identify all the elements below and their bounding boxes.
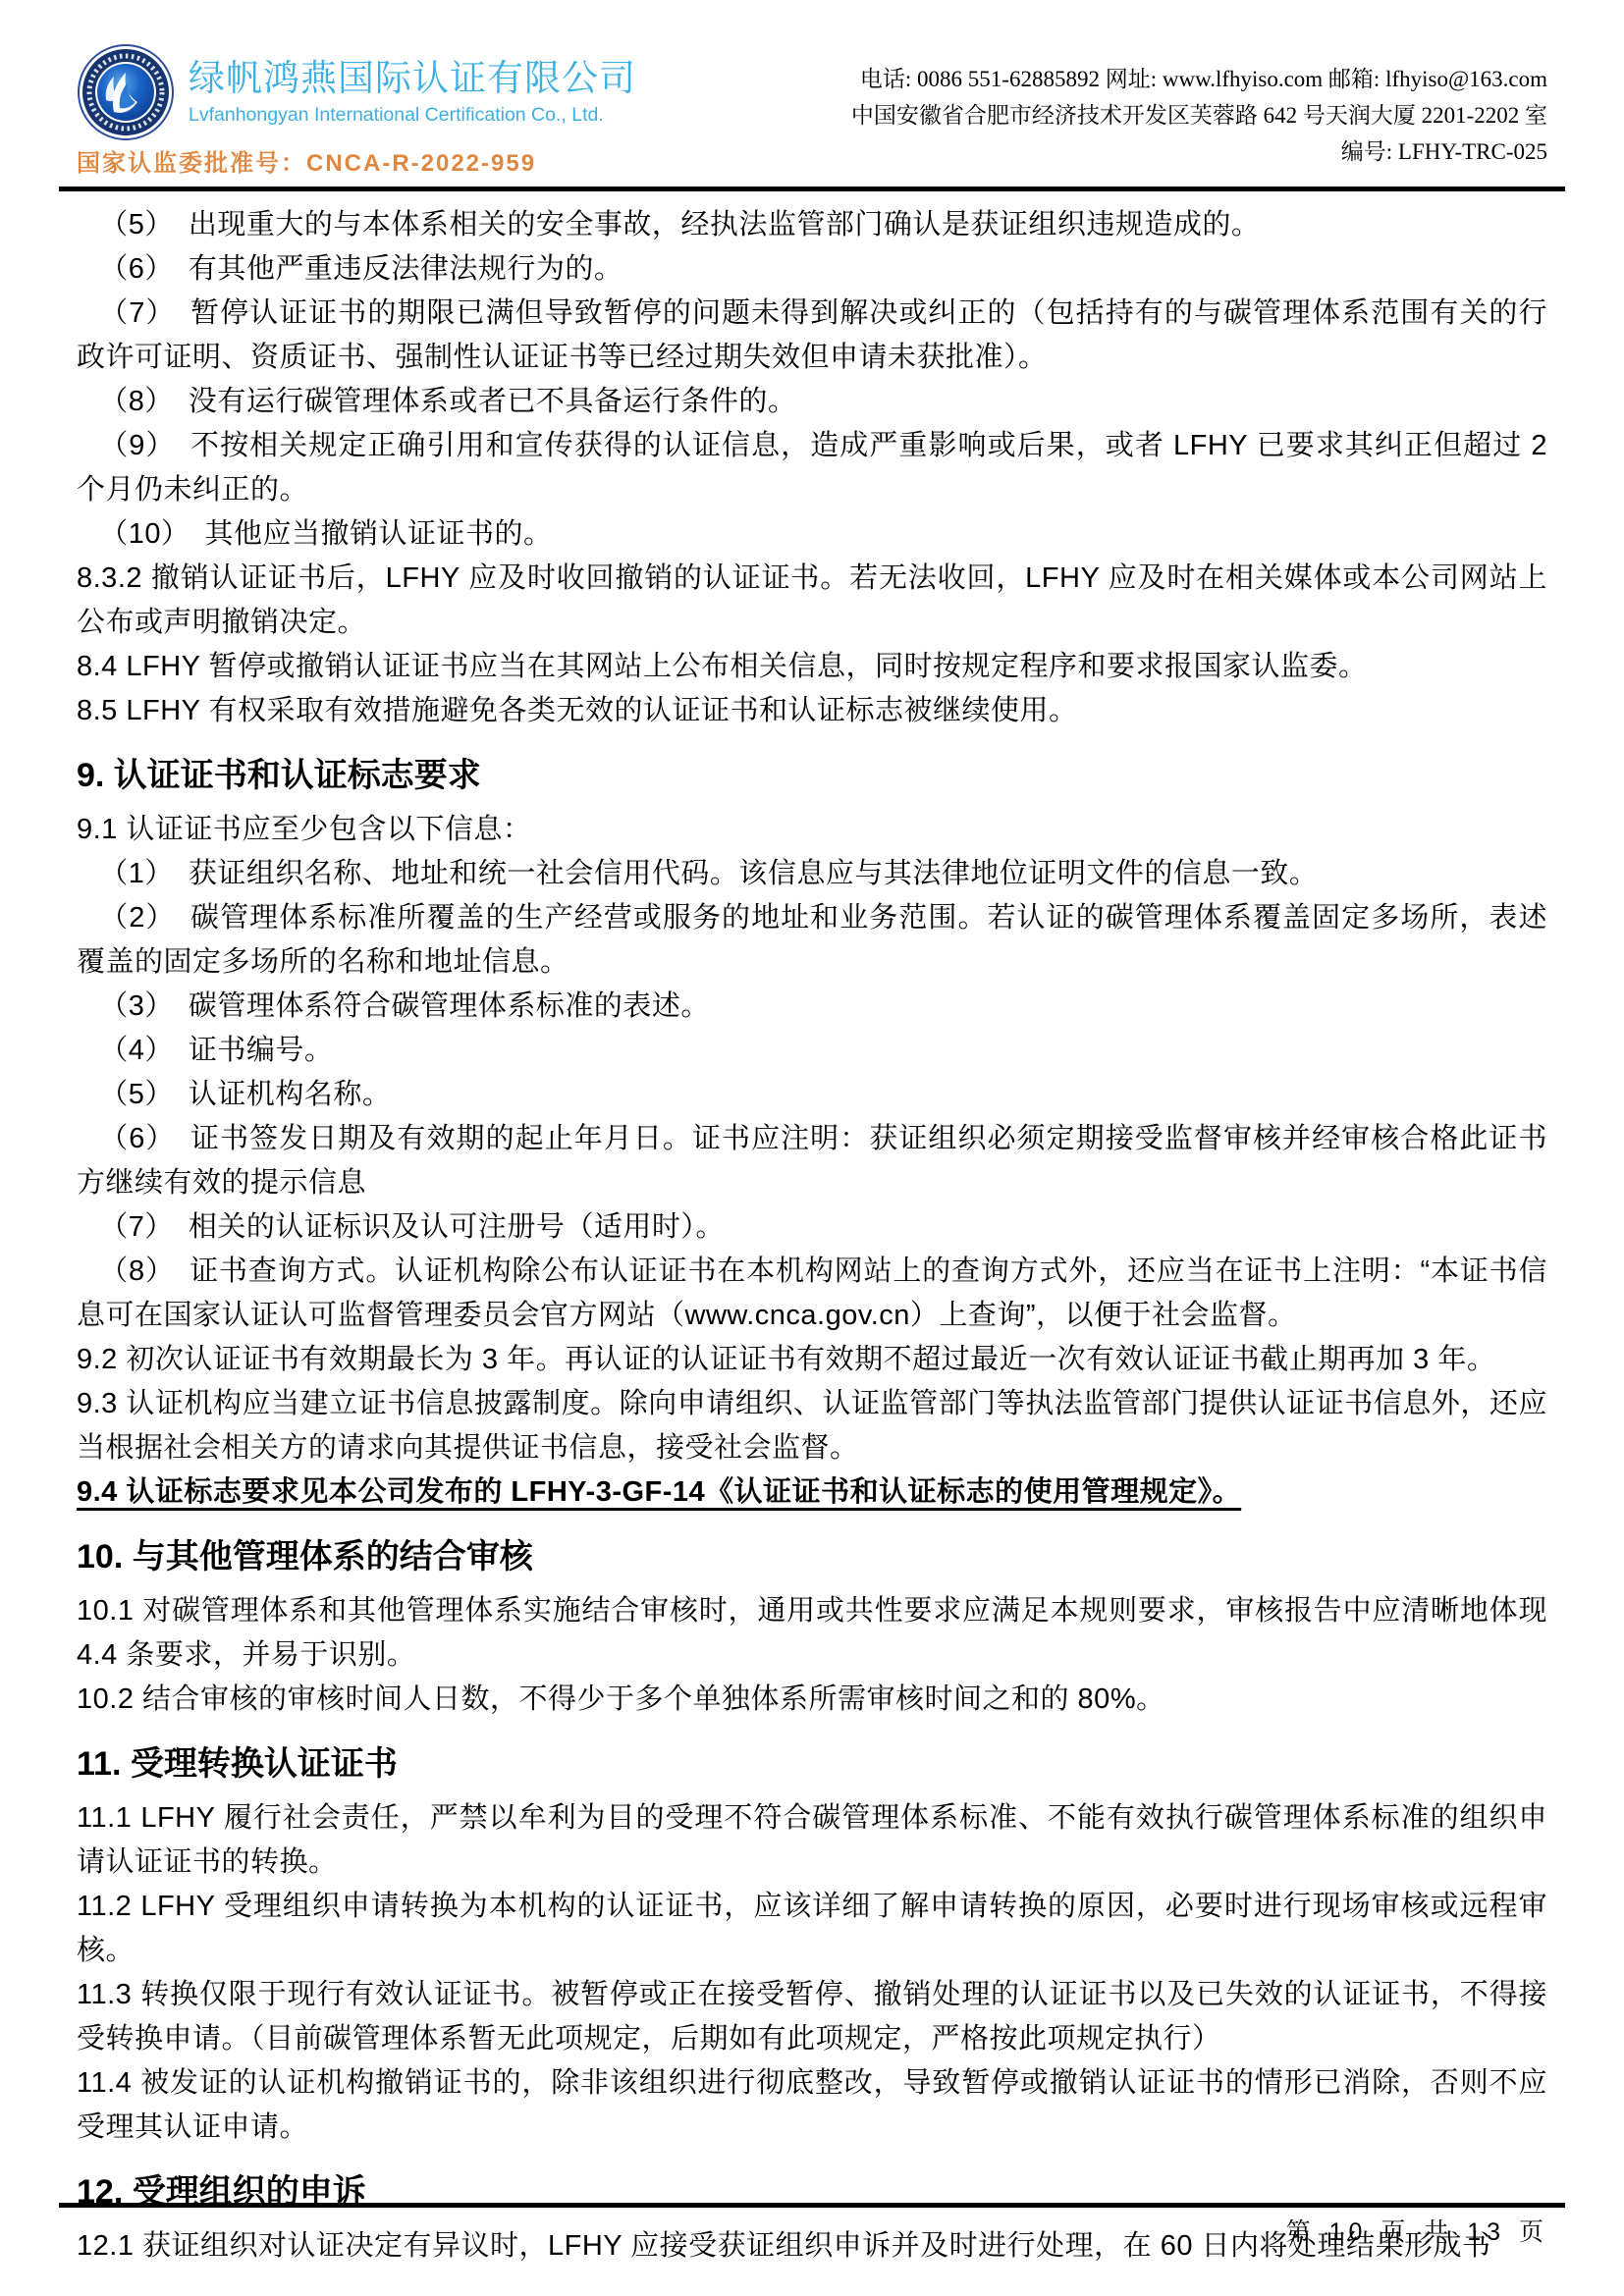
list-item: （5） 认证机构名称。 <box>77 1073 1547 1117</box>
list-item: （7） 暂停认证证书的期限已满但导致暂停的问题未得到解决或纠正的（包括持有的与碳… <box>77 292 1547 380</box>
list-item: （3） 碳管理体系符合碳管理体系标准的表述。 <box>77 985 1547 1029</box>
list-item: （1） 获证组织名称、地址和统一社会信用代码。该信息应与其法律地位证明文件的信息… <box>77 852 1547 896</box>
page-footer: 第 10 页 共 13 页 <box>59 2203 1565 2251</box>
letterhead-contact: 电话: 0086 551-62885892 网址: www.lfhyiso.co… <box>851 61 1547 170</box>
list-item: （7） 相关的认证标识及认可注册号（适用时）。 <box>77 1205 1547 1250</box>
list-item: （2） 碳管理体系标准所覆盖的生产经营或服务的地址和业务范围。若认证的碳管理体系… <box>77 896 1547 985</box>
company-name-zh: 绿帆鸿燕国际认证有限公司 <box>189 56 636 101</box>
letterhead-left: 绿帆鸿燕国际认证有限公司 Lvfanhongyan International … <box>77 43 636 179</box>
doc-number: 编号: LFHY-TRC-025 <box>851 133 1547 170</box>
paragraph: 8.4 LFHY 暂停或撤销认证证书应当在其网站上公布相关信息，同时按规定程序和… <box>77 645 1547 689</box>
paragraph: 8.3.2 撤销认证证书后，LFHY 应及时收回撤销的认证证书。若无法收回，LF… <box>77 557 1547 645</box>
list-item: （8） 没有运行碳管理体系或者已不具备运行条件的。 <box>77 380 1547 424</box>
section-heading: 11. 受理转换认证证书 <box>77 1743 1547 1785</box>
section-heading: 10. 与其他管理体系的结合审核 <box>77 1536 1547 1577</box>
list-item: （9） 不按相关规定正确引用和宣传获得的认证信息，造成严重影响或后果，或者 LF… <box>77 424 1547 512</box>
paragraph-emphasized: 9.4 认证标志要求见本公司发布的 LFHY-3-GF-14《认证证书和认证标志… <box>77 1470 1547 1515</box>
paragraph: 8.5 LFHY 有权采取有效措施避免各类无效的认证证书和认证标志被继续使用。 <box>77 689 1547 733</box>
paragraph: 11.4 被发证的认证机构撤销证书的，除非该组织进行彻底整改，导致暂停或撤销认证… <box>77 2061 1547 2150</box>
page-number: 第 10 页 共 13 页 <box>1286 2214 1549 2251</box>
letterhead: 绿帆鸿燕国际认证有限公司 Lvfanhongyan International … <box>77 43 1547 179</box>
address-line: 中国安徽省合肥市经济技术开发区芙蓉路 642 号天润大厦 2201-2202 室 <box>851 97 1547 133</box>
paragraph: 9.1 认证证书应至少包含以下信息： <box>77 808 1547 852</box>
paragraph: 11.3 转换仅限于现行有效认证证书。被暂停或正在接受暂停、撤销处理的认证证书以… <box>77 1973 1547 2061</box>
paragraph: 10.2 结合审核的审核时间人日数，不得少于多个单独体系所需审核时间之和的 80… <box>77 1678 1547 1722</box>
company-name-en: Lvfanhongyan International Certification… <box>189 101 636 129</box>
paragraph: 10.1 对碳管理体系和其他管理体系实施结合审核时，通用或共性要求应满足本规则要… <box>77 1589 1547 1678</box>
section-heading: 9. 认证证书和认证标志要求 <box>77 755 1547 796</box>
cnca-approval-number: 国家认监委批准号：CNCA-R-2022-959 <box>77 149 636 179</box>
list-item: （6） 有其他严重违反法律法规行为的。 <box>77 247 1547 292</box>
paragraph: 9.3 认证机构应当建立证书信息披露制度。除向申请组织、认证监管部门等执法监管部… <box>77 1382 1547 1470</box>
paragraph: 9.2 初次认证证书有效期最长为 3 年。再认证的认证证书有效期不超过最近一次有… <box>77 1338 1547 1382</box>
list-item: （6） 证书签发日期及有效期的起止年月日。证书应注明：获证组织必须定期接受监督审… <box>77 1117 1547 1205</box>
list-item: （8） 证书查询方式。认证机构除公布认证证书在本机构网站上的查询方式外，还应当在… <box>77 1250 1547 1338</box>
list-item: （4） 证书编号。 <box>77 1029 1547 1073</box>
document-page: 绿帆鸿燕国际认证有限公司 Lvfanhongyan International … <box>0 0 1624 2296</box>
list-item: （10） 其他应当撤销认证证书的。 <box>77 512 1547 557</box>
paragraph: 11.2 LFHY 受理组织申请转换为本机构的认证证书，应该详细了解申请转换的原… <box>77 1885 1547 1973</box>
company-logo-icon <box>77 43 175 141</box>
list-item: （5） 出现重大的与本体系相关的安全事故，经执法监管部门确认是获证组织违规造成的… <box>77 203 1547 247</box>
document-body: （5） 出现重大的与本体系相关的安全事故，经执法监管部门确认是获证组织违规造成的… <box>77 191 1547 2269</box>
paragraph: 11.1 LFHY 履行社会责任，严禁以牟利为目的受理不符合碳管理体系标准、不能… <box>77 1796 1547 1885</box>
contact-line: 电话: 0086 551-62885892 网址: www.lfhyiso.co… <box>851 61 1547 97</box>
